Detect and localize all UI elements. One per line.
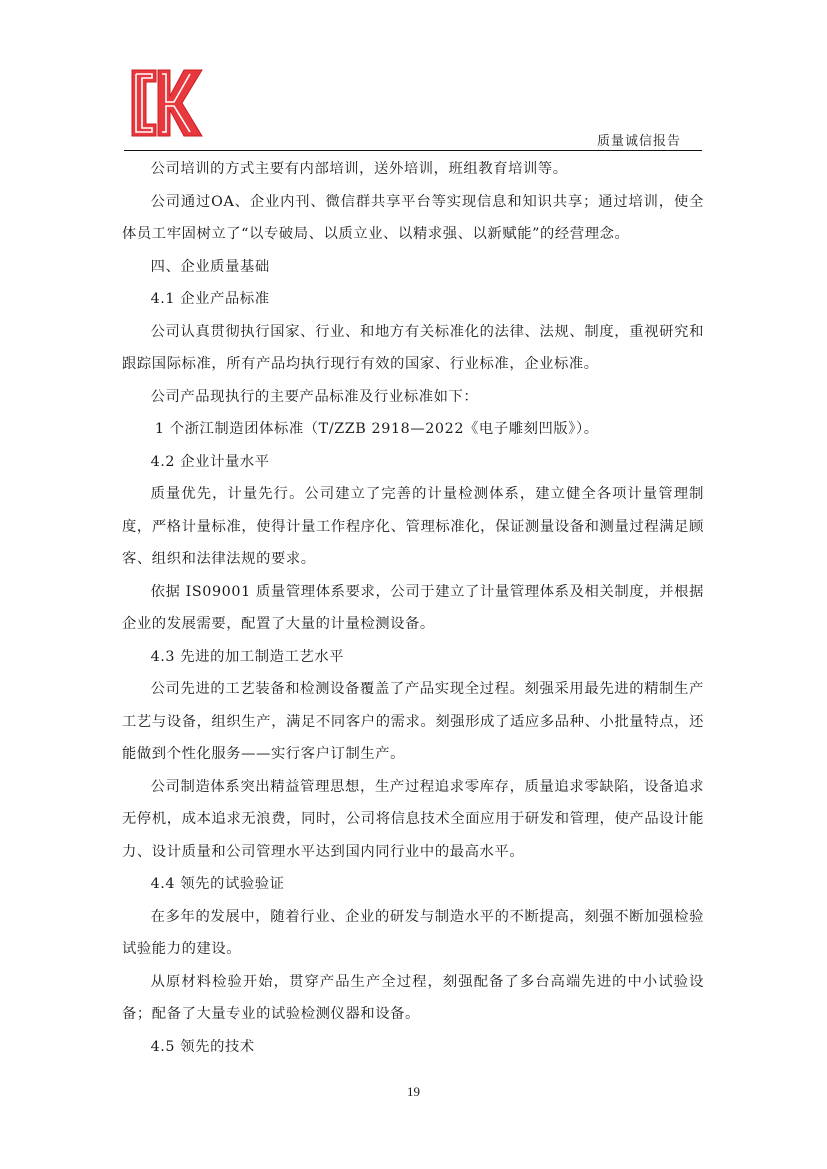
subsection-heading: 4.4 领先的试验验证 <box>122 868 704 901</box>
subsection-heading: 4.3 先进的加工制造工艺水平 <box>122 641 704 674</box>
header-divider <box>124 150 702 151</box>
document-body: 公司培训的方式主要有内部培训，送外培训，班组教育培训等。 公司通过OA、企业内刊… <box>122 153 704 1063</box>
paragraph: 公司产品现执行的主要产品标准及行业标准如下： <box>122 381 704 414</box>
subsection-heading: 4.1 企业产品标准 <box>122 283 704 316</box>
paragraph: 公司先进的工艺装备和检测设备覆盖了产品实现全过程。刻强采用最先进的精制生产工艺与… <box>122 673 704 771</box>
paragraph: 质量优先，计量先行。公司建立了完善的计量检测体系，建立健全各项计量管理制度，严格… <box>122 478 704 576</box>
paragraph: 公司培训的方式主要有内部培训，送外培训，班组教育培训等。 <box>122 153 704 186</box>
report-title: 质量诚信报告 <box>597 130 681 149</box>
subsection-heading: 4.2 企业计量水平 <box>122 446 704 479</box>
company-k-logo-icon <box>130 68 204 138</box>
page-number: 19 <box>0 1084 827 1100</box>
paragraph: 依据 IS09001 质量管理体系要求，公司于建立了计量管理体系及相关制度，并根… <box>122 576 704 641</box>
subsection-heading: 4.5 领先的技术 <box>122 1031 704 1064</box>
standard-list-item: 1 个浙江制造团体标准（T/ZZB 2918—2022《电子雕刻凹版》）。 <box>122 413 704 446</box>
paragraph: 公司认真贯彻执行国家、行业、和地方有关标准化的法律、法规、制度，重视研究和跟踪国… <box>122 316 704 381</box>
paragraph: 公司通过OA、企业内刊、微信群共享平台等实现信息和知识共享；通过培训，使全体员工… <box>122 186 704 251</box>
paragraph: 公司制造体系突出精益管理思想，生产过程追求零库存，质量追求零缺陷，设备追求无停机… <box>122 771 704 869</box>
paragraph: 从原材料检验开始，贯穿产品生产全过程，刻强配备了多台高端先进的中小试验设备；配备… <box>122 966 704 1031</box>
paragraph: 在多年的发展中，随着行业、企业的研发与制造水平的不断提高，刻强不断加强检验试验能… <box>122 901 704 966</box>
section-heading: 四、企业质量基础 <box>122 251 704 284</box>
